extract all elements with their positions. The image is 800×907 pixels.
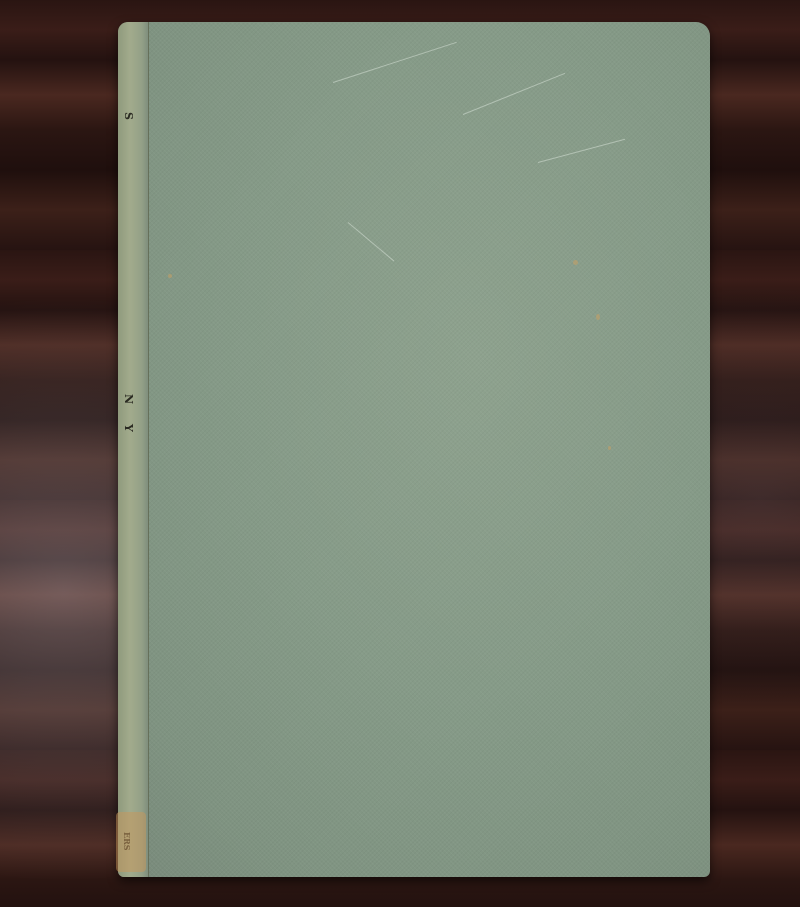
scratch bbox=[538, 139, 625, 163]
book-cover: S N Y ERS bbox=[118, 22, 710, 877]
wear-spot bbox=[596, 314, 600, 320]
book-spine: S N Y ERS bbox=[118, 22, 149, 877]
wear-spot bbox=[608, 446, 611, 450]
spine-title-text: S bbox=[122, 112, 135, 120]
wear-spot bbox=[168, 274, 172, 278]
spine-author-text-1: N bbox=[122, 394, 135, 404]
scratch bbox=[463, 73, 565, 115]
scratch bbox=[333, 42, 457, 83]
corner-wear bbox=[116, 812, 146, 872]
scratch bbox=[348, 222, 395, 261]
wear-spot bbox=[573, 260, 578, 265]
spine-author-text-2: Y bbox=[122, 424, 135, 432]
